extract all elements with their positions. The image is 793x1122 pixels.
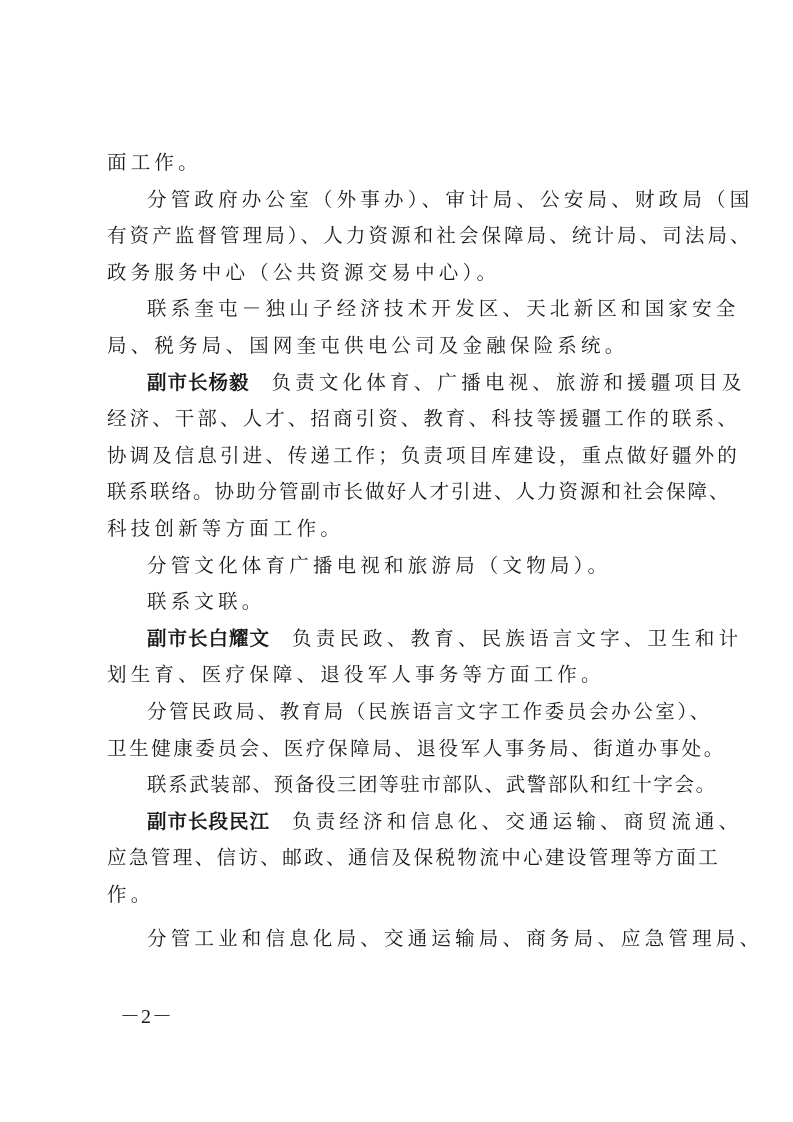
official-name-heading: 副市长段民江 xyxy=(147,810,270,833)
paragraph-with-heading: 副市长白耀文负责民政、教育、民族语言文字、卫生和计 xyxy=(107,621,693,658)
paragraph-with-heading: 副市长杨毅负责文化体育、广播电视、旅游和援疆项目及 xyxy=(107,365,693,402)
text-line: 卫生健康委员会、医疗保障局、退役军人事务局、街道办事处。 xyxy=(107,731,693,768)
text-span: 负责民政、教育、民族语言文字、卫生和计 xyxy=(292,627,742,650)
text-line: 协调及信息引进、传递工作；负责项目库建设，重点做好疆外的 xyxy=(107,438,693,475)
text-line: 作。 xyxy=(107,877,693,914)
text-line: 联系奎屯－独山子经济技术开发区、天北新区和国家安全 xyxy=(107,291,693,328)
text-line: 分管工业和信息化局、交通运输局、商务局、应急管理局、 xyxy=(107,921,693,958)
text-line: 应急管理、信访、邮政、通信及保税物流中心建设管理等方面工 xyxy=(107,840,693,877)
text-line: 科技创新等方面工作。 xyxy=(107,511,693,548)
text-line: 分管文化体育广播电视和旅游局（文物局）。 xyxy=(107,548,693,585)
text-span: 负责文化体育、广播电视、旅游和援疆项目及 xyxy=(272,371,746,394)
document-body: 面工作。 分管政府办公室（外事办）、审计局、公安局、财政局（国 有资产监督管理局… xyxy=(107,145,693,958)
paragraph-with-heading: 副市长段民江负责经济和信息化、交通运输、商贸流通、 xyxy=(107,804,693,841)
page-number: －2－ xyxy=(120,1000,173,1029)
official-name-heading: 副市长杨毅 xyxy=(147,371,250,394)
text-line: 联系武装部、预备役三团等驻市部队、武警部队和红十字会。 xyxy=(107,767,693,804)
official-name-heading: 副市长白耀文 xyxy=(147,627,270,650)
text-line: 局、税务局、国网奎屯供电公司及金融保险系统。 xyxy=(107,328,693,365)
text-span: 负责经济和信息化、交通运输、商贸流通、 xyxy=(292,810,742,833)
text-line: 分管民政局、教育局（民族语言文字工作委员会办公室）、 xyxy=(107,694,693,731)
text-line: 政务服务中心（公共资源交易中心）。 xyxy=(107,255,693,292)
text-line: 有资产监督管理局）、人力资源和社会保障局、统计局、司法局、 xyxy=(107,218,693,255)
text-line: 经济、干部、人才、招商引资、教育、科技等援疆工作的联系、 xyxy=(107,401,693,438)
text-line: 联系联络。协助分管副市长做好人才引进、人力资源和社会保障、 xyxy=(107,474,693,511)
text-line: 分管政府办公室（外事办）、审计局、公安局、财政局（国 xyxy=(107,182,693,219)
text-line: 联系文联。 xyxy=(107,584,693,621)
text-line: 面工作。 xyxy=(107,145,693,182)
text-line: 划生育、医疗保障、退役军人事务等方面工作。 xyxy=(107,657,693,694)
